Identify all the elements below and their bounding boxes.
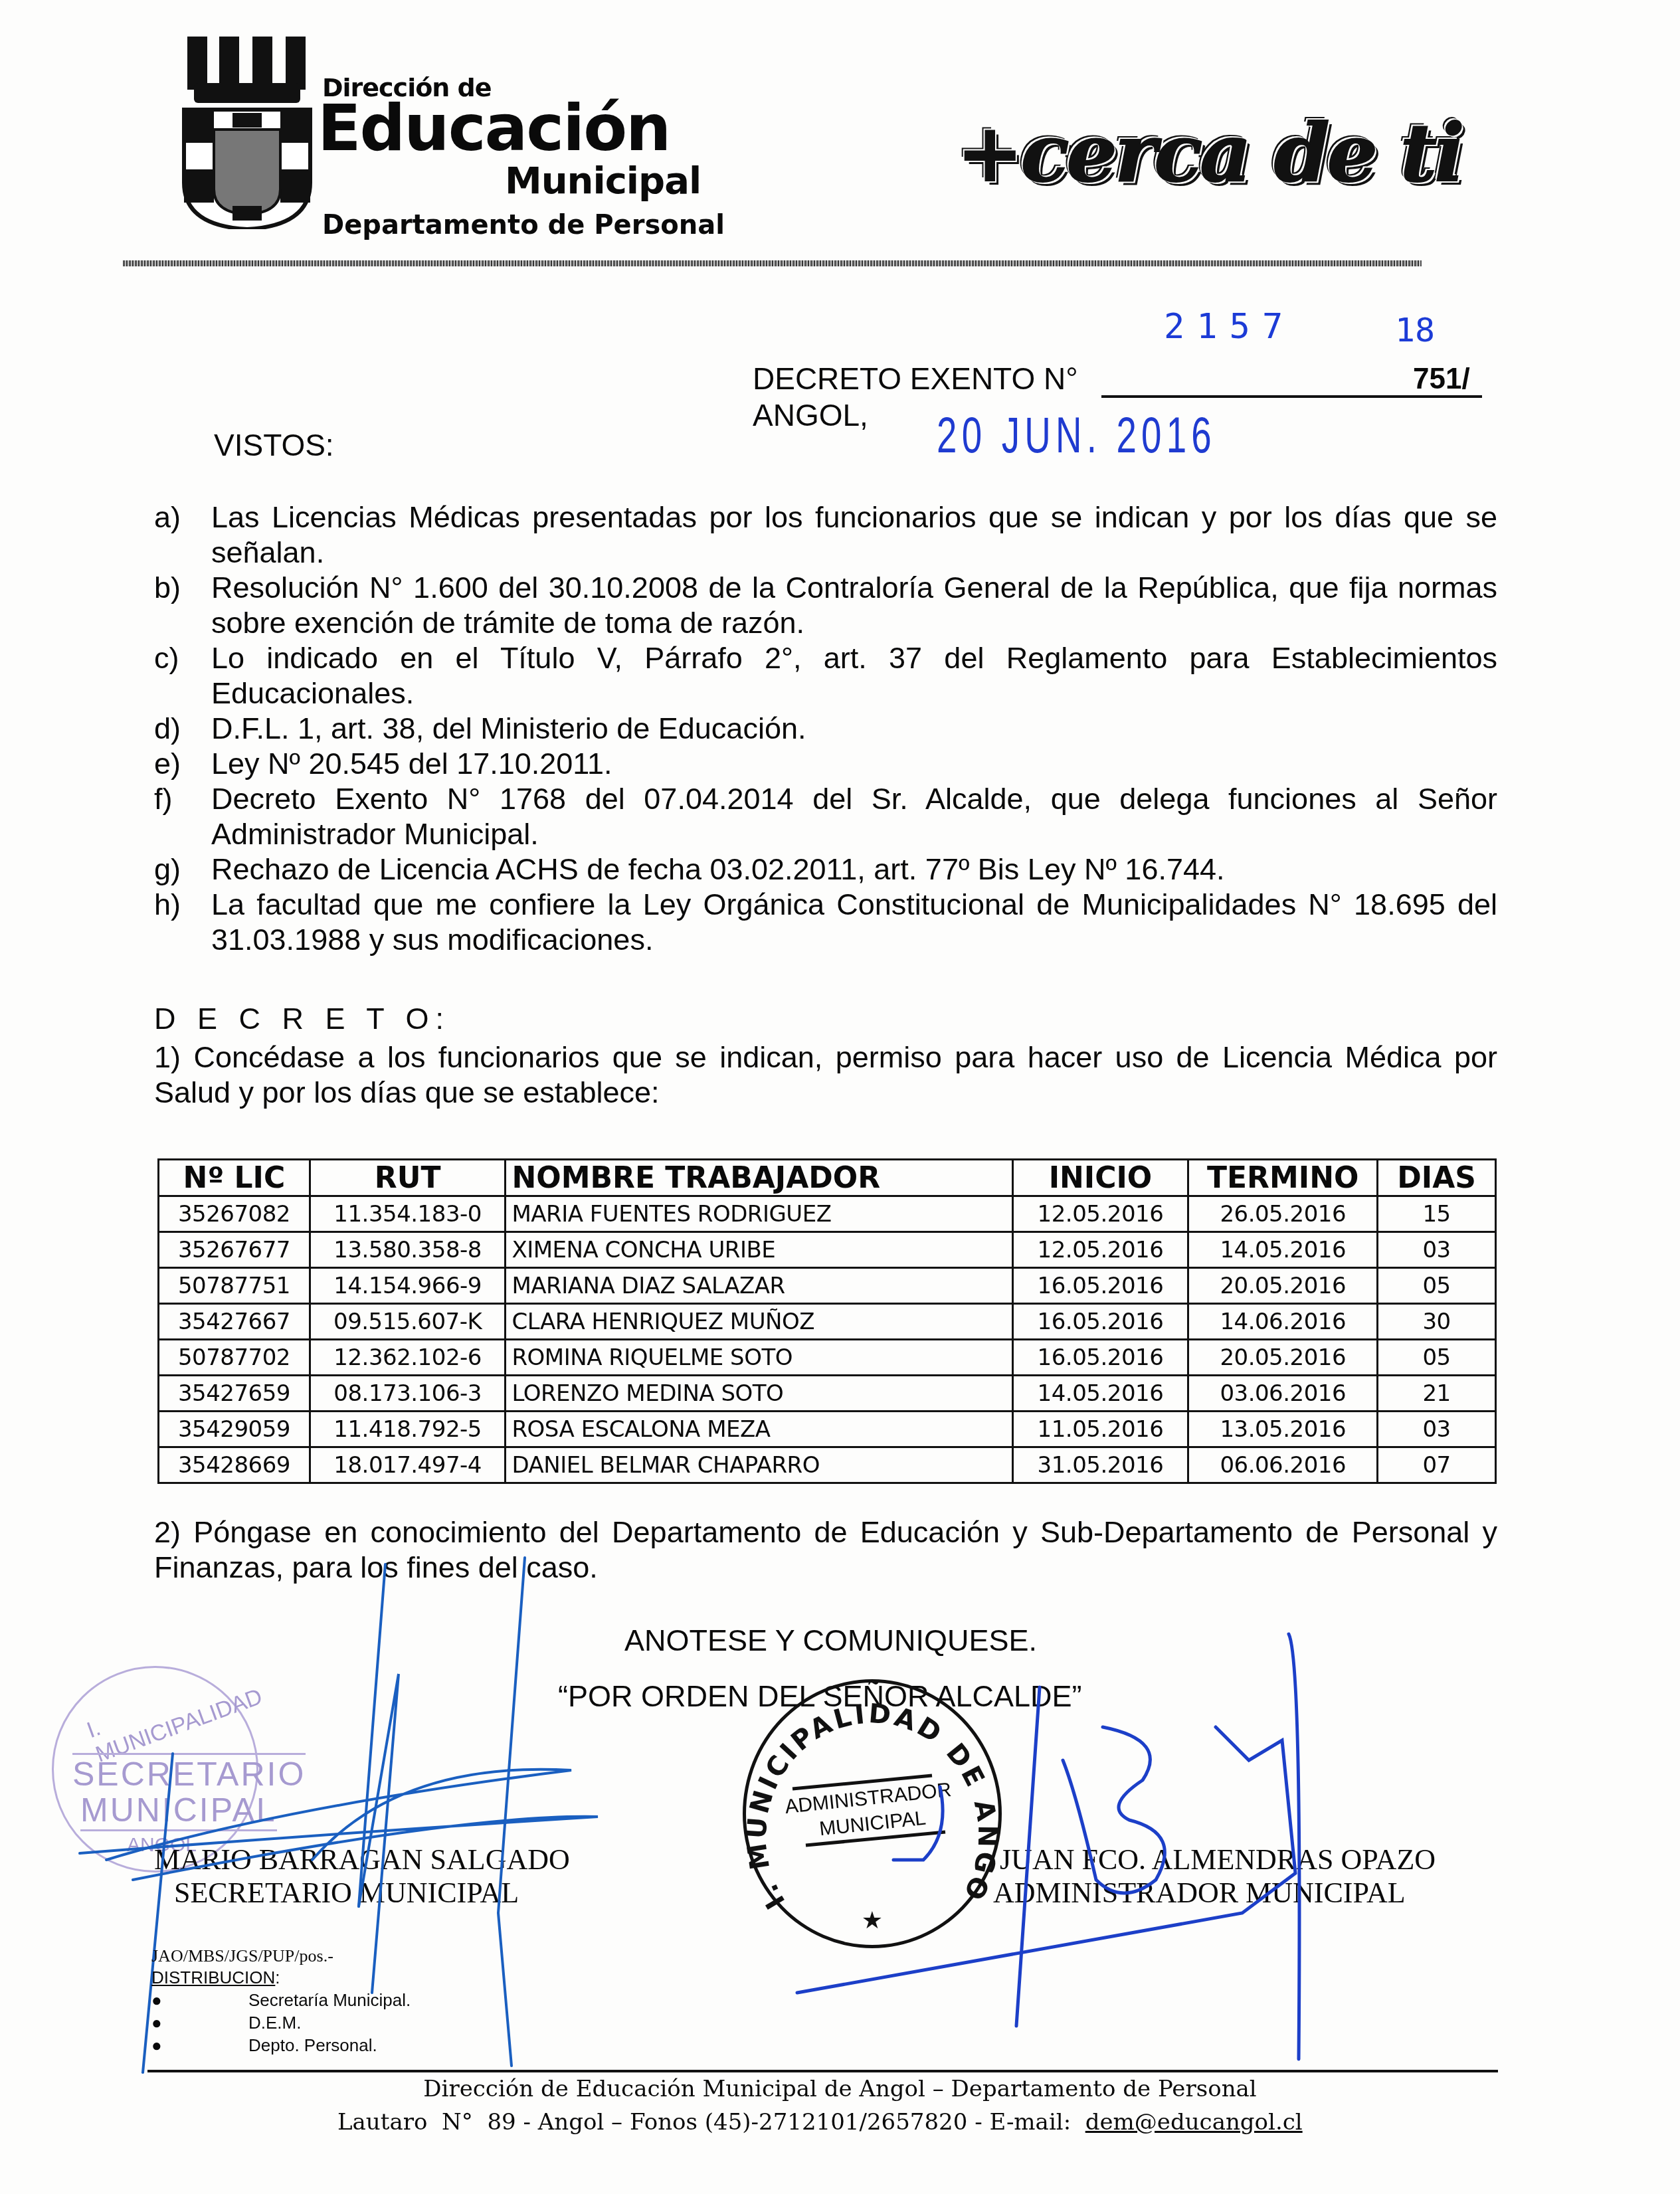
distribution-item-text: D.E.M. — [248, 2011, 301, 2034]
footer-org: Dirección de Educación Municipal de Ango… — [0, 2076, 1680, 2102]
bullet-icon: ● — [151, 1989, 248, 2011]
footer-contact: Lautaro N° 89 - Angol – Fonos (45)-27121… — [337, 2109, 1303, 2136]
reference-initials: JAO/MBS/JGS/PUP/pos.- — [151, 1946, 333, 1966]
distribution-colon: : — [275, 1967, 280, 1988]
handwritten-signatures — [0, 0, 1680, 2194]
distribution-list: ●Secretaría Municipal.●D.E.M.●Depto. Per… — [151, 1989, 411, 2057]
distribution-item: ●Secretaría Municipal. — [151, 1989, 411, 2011]
footer-divider — [147, 2070, 1498, 2072]
distribution-title: DISTRIBUCION: — [151, 1967, 280, 1988]
distribution-title-text: DISTRIBUCION — [151, 1967, 275, 1987]
footer-address: Lautaro N° 89 - Angol – Fonos (45)-27121… — [337, 2109, 1085, 2136]
bullet-icon: ● — [151, 2034, 248, 2057]
distribution-item-text: Secretaría Municipal. — [248, 1989, 411, 2011]
footer-email-link[interactable]: dem@educangol.cl — [1085, 2109, 1303, 2136]
distribution-item: ●D.E.M. — [151, 2011, 411, 2034]
distribution-item-text: Depto. Personal. — [248, 2034, 377, 2057]
bullet-icon: ● — [151, 2011, 248, 2034]
distribution-item: ●Depto. Personal. — [151, 2034, 411, 2057]
